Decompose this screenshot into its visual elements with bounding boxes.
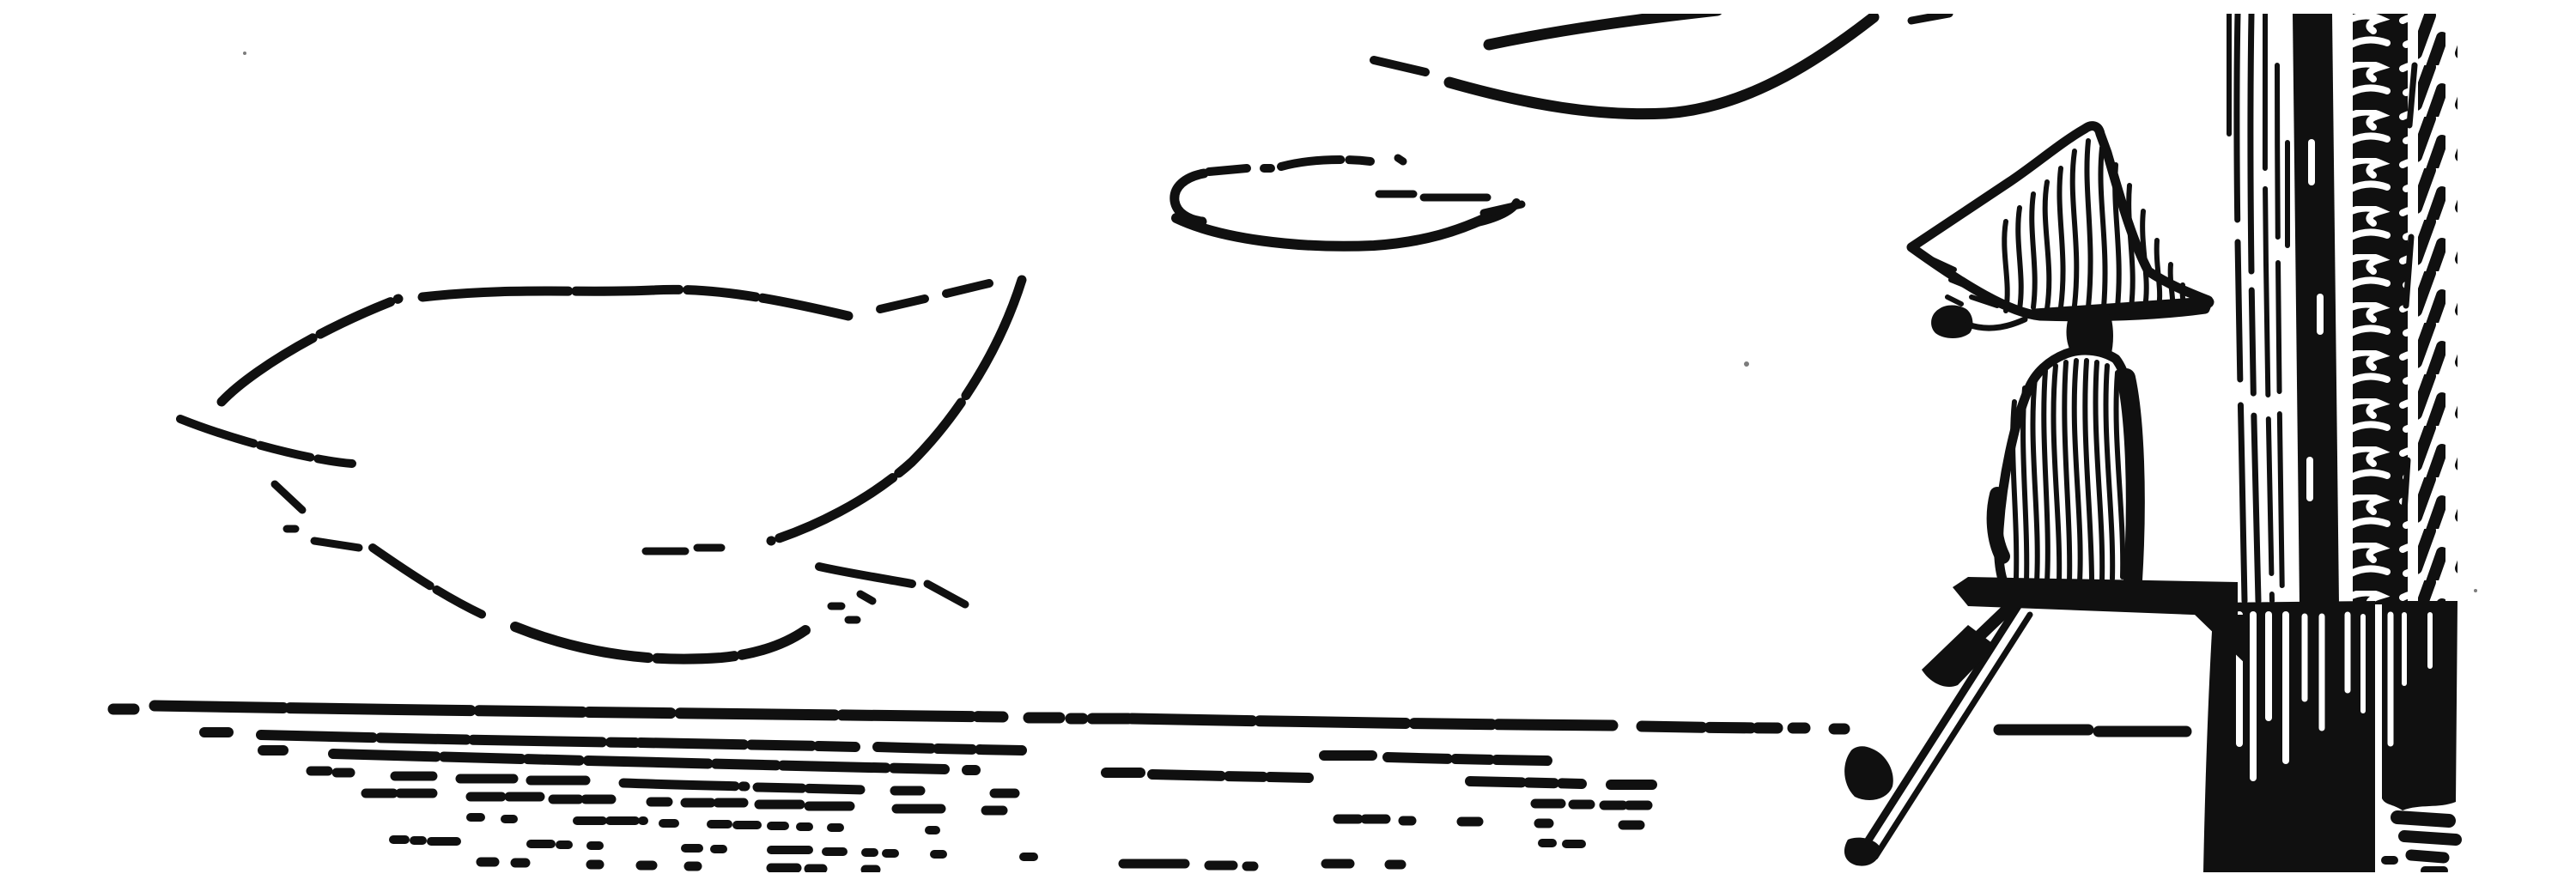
piling-left-dark-stripe [2293, 14, 2339, 604]
ink-speck [1744, 361, 1749, 367]
jetty-pilings [2203, 14, 2458, 872]
piling-left-hatch [2229, 14, 2287, 601]
body [1995, 350, 2138, 592]
piling-middle-scribble [2353, 14, 2408, 604]
jetty-plank [1953, 577, 2238, 616]
sea-dash-row [113, 706, 2186, 731]
piling-right-hatch [2418, 14, 2458, 606]
illustration [34, 14, 2576, 872]
ink-speck [2474, 589, 2477, 592]
waterline-ripples [2385, 817, 2456, 871]
cloud-top [1374, 14, 1949, 114]
hat [1911, 126, 2208, 317]
sea-dash-row [481, 862, 1401, 870]
cloud-middle [1175, 158, 1522, 246]
body-right-shade [2126, 378, 2136, 580]
ink-speck [243, 52, 246, 55]
fishing-rod [1844, 606, 2030, 866]
illustration-canvas [34, 14, 2576, 872]
sea-dash-row [366, 793, 1640, 825]
body-left-shade [1995, 495, 2002, 556]
rod-knot [1844, 746, 1893, 800]
figure-snufkin [1844, 126, 2250, 866]
rod-end [1844, 838, 1880, 866]
cloud-left [180, 280, 1022, 659]
sea-dash-row [393, 840, 1034, 857]
